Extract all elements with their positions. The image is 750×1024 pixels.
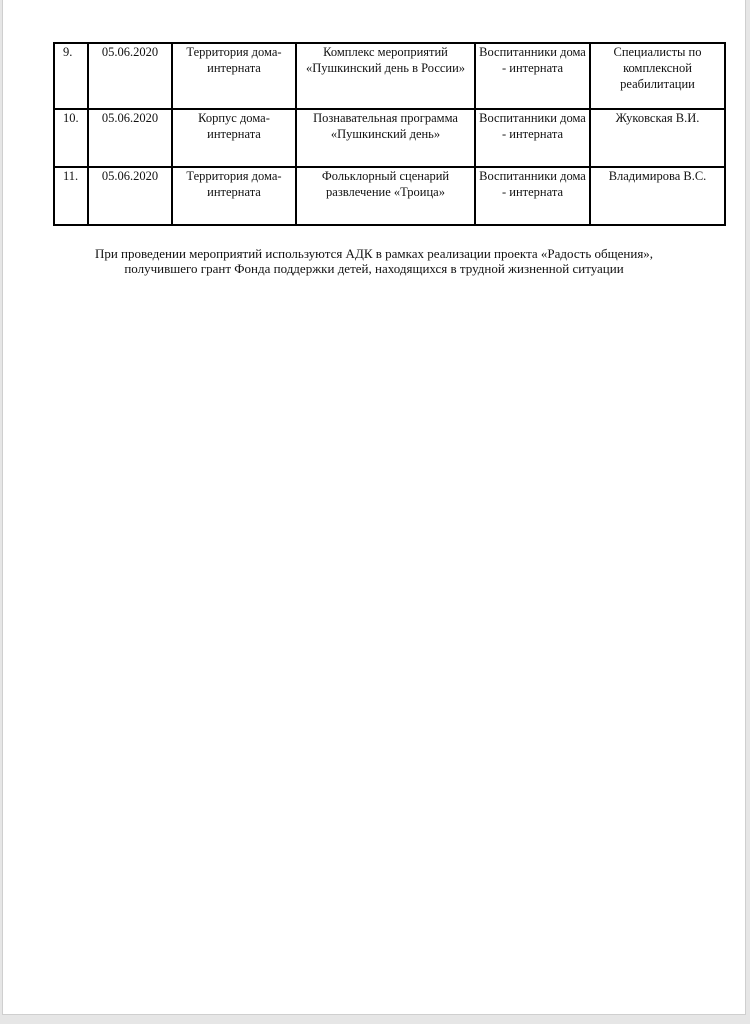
events-table: 9. 05.06.2020 Территория дома-интерната … <box>53 42 726 226</box>
row-number: 9. <box>54 43 88 109</box>
event-date: 05.06.2020 <box>88 109 172 167</box>
event-date: 05.06.2020 <box>88 167 172 225</box>
table-row: 11. 05.06.2020 Территория дома-интерната… <box>54 167 725 225</box>
event-participants: Воспитанники дома - интерната <box>475 109 590 167</box>
event-name: Фольклорный сценарий развлечение «Троица… <box>296 167 475 225</box>
event-name: Познавательная программа «Пушкинский ден… <box>296 109 475 167</box>
event-participants: Воспитанники дома - интерната <box>475 43 590 109</box>
document-page: 9. 05.06.2020 Территория дома-интерната … <box>2 0 746 1015</box>
row-number: 11. <box>54 167 88 225</box>
grant-note: При проведении мероприятий используются … <box>3 246 745 276</box>
table-row: 10. 05.06.2020 Корпус дома-интерната Поз… <box>54 109 725 167</box>
event-place: Корпус дома-интерната <box>172 109 296 167</box>
event-place: Территория дома-интерната <box>172 43 296 109</box>
event-responsible: Специалисты по комплексной реабилитации <box>590 43 725 109</box>
event-place: Территория дома-интерната <box>172 167 296 225</box>
event-responsible: Жуковская В.И. <box>590 109 725 167</box>
grant-note-line-1: При проведении мероприятий используются … <box>3 246 745 261</box>
event-responsible: Владимирова В.С. <box>590 167 725 225</box>
grant-note-line-2: получившего грант Фонда поддержки детей,… <box>3 261 745 276</box>
event-date: 05.06.2020 <box>88 43 172 109</box>
event-participants: Воспитанники дома - интерната <box>475 167 590 225</box>
table-row: 9. 05.06.2020 Территория дома-интерната … <box>54 43 725 109</box>
row-number: 10. <box>54 109 88 167</box>
event-name: Комплекс мероприятий «Пушкинский день в … <box>296 43 475 109</box>
